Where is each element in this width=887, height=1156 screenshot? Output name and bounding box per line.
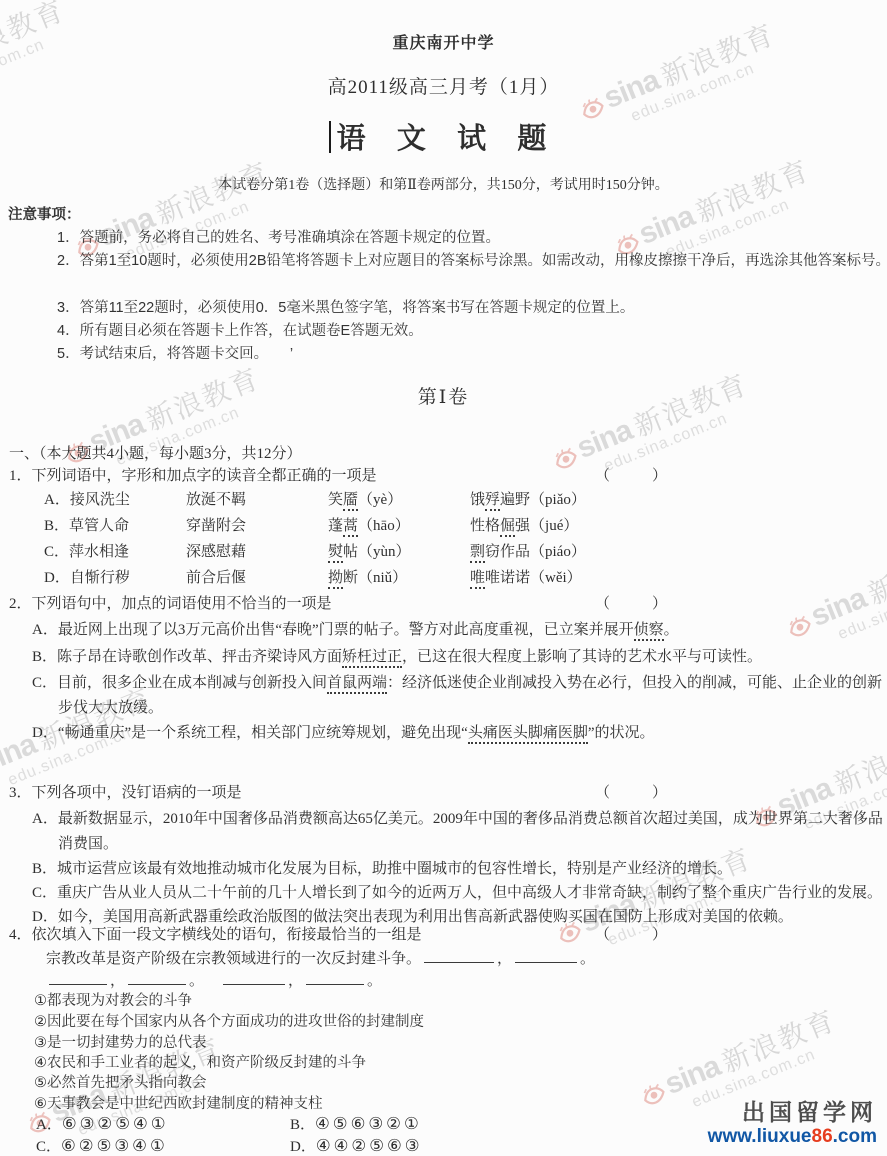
q2-stem: 2．下列语句中，加点的词语使用不恰当的一项是 （ ） xyxy=(9,592,875,613)
part-intro: 一、（本大题共4小题，每小题3分，共12分） xyxy=(9,442,875,463)
liuxue86-brand: 出国留学网 www.liuxue86.com xyxy=(708,1094,877,1148)
emphasized-char: 唯 xyxy=(470,570,485,589)
sina-watermark: sina 新浪教育 edu.sina.com.cn xyxy=(0,0,96,119)
choice-sequence: ⑥③②⑤④① xyxy=(62,1114,169,1133)
choice-label: D． xyxy=(290,1139,316,1155)
choice-sequence: ④④②⑤⑥③ xyxy=(316,1136,423,1155)
q4-item-6: ⑥天事教会是中世纪西欧封建制度的精神支柱 xyxy=(34,1092,323,1113)
q4-choice-a: A．⑥③②⑤④① xyxy=(36,1113,169,1134)
q4-paragraph-line2: ，。，。 xyxy=(46,969,875,990)
q1-option-row-a: A．接风洗尘 放涎不羁 笑靥（yè） 饿殍遍野（piǎo） xyxy=(0,488,887,510)
opt-pre: B．陈子昂在诗歌创作改革、抨击齐梁诗风方面 xyxy=(32,649,342,665)
option-cell: 笑靥（yè） xyxy=(328,488,402,509)
emphasized-char: 剽 xyxy=(470,544,485,563)
brand-url-prefix: www.liuxue xyxy=(708,1126,812,1147)
q2-option-b: B．陈子昂在诗歌创作改革、抨击齐梁诗风方面矫枉过正，已这在很大程度上影响了其诗的… xyxy=(32,645,875,666)
emphasized-char: 倔 xyxy=(500,518,515,537)
punct: ， xyxy=(497,951,512,967)
punct: 。 xyxy=(580,951,595,967)
answer-bracket: （ ） xyxy=(595,464,671,485)
q4-para-intro: 宗教改革是资产阶级在宗教领域进行的一次反封建斗争。 xyxy=(46,951,421,967)
notice-item-4: 4．所有题目必须在答题卡上作答，在试题卷E答题无效。 xyxy=(57,319,863,340)
cell-pre: 笑 xyxy=(328,492,343,508)
cell-pre: 蓬 xyxy=(328,518,343,534)
q4-stem: 4．依次填入下面一段文字横线处的语句，衔接最恰当的一组是 （ ） xyxy=(9,923,875,944)
q3-option-c: C．重庆广告从业人员从二十午前的几十人增长到了如今的近两万人，但中高级人才非常奇… xyxy=(32,881,875,902)
opt-pre: C．目前，很多企业在成本削减与创新投入间 xyxy=(32,675,327,691)
brand-url: www.liuxue86.com xyxy=(708,1127,877,1148)
emphasized-char: 蒿 xyxy=(343,518,358,537)
option-cell: 性格倔强（jué） xyxy=(470,514,578,535)
header-exam-title: 高2011级高三月考（1月） xyxy=(0,72,887,99)
cell-post: 强（jué） xyxy=(515,518,578,534)
option-cell: C．萍水相逢 xyxy=(44,540,129,561)
q3-stem: 3．下列各项中，没钉语病的一项是 （ ） xyxy=(9,781,875,802)
subject-title-text: 语 文 试 题 xyxy=(337,123,559,155)
watermark-row: sina 新浪教育 xyxy=(574,11,798,125)
q4-stem-text: 4．依次填入下面一段文字横线处的语句，衔接最恰当的一组是 xyxy=(9,927,422,943)
emphasized-word: 头痛医头脚痛医脚 xyxy=(468,725,588,744)
cell-post: （yè） xyxy=(358,492,402,508)
blank-line xyxy=(306,971,364,985)
sina-logo-icon xyxy=(638,1081,670,1111)
exam-paper-page: 重庆南开中学 高2011级高三月考（1月） 语 文 试 题 本试卷分第1卷（选择… xyxy=(0,0,887,1156)
blank-line xyxy=(223,971,285,985)
choice-label: C． xyxy=(36,1139,61,1155)
blank-line xyxy=(49,971,107,985)
answer-bracket: （ ） xyxy=(595,923,671,944)
q2-option-a: A．最近网上出现了以3万元高价出售“春晚”门票的帖子。警方对此高度重视，已立案并… xyxy=(32,618,875,639)
q1-stem: 1．下列词语中，字形和加点字的读音全都正确的一项是 （ ） xyxy=(9,464,875,485)
opt-post: ，已这在很大程度上影响了其诗的艺术水平与可读性。 xyxy=(402,649,762,665)
emphasized-word: 侦察 xyxy=(634,622,664,641)
punct: 。 xyxy=(367,973,382,989)
option-cell: 深感慰藉 xyxy=(186,540,246,561)
cell-post: 遍野（piǎo） xyxy=(500,492,586,508)
cell-post: 窃作品（piáo） xyxy=(485,544,586,560)
brand-url-number: 86 xyxy=(812,1126,833,1147)
notice-item-5: 5．考试结束后，将答题卡交回。 ’ xyxy=(57,342,863,363)
q3-option-b: B．城市运营应该最有效地推动城市化发展为目标，助推中圈城市的包容性增长，特别是产… xyxy=(32,857,875,878)
emphasized-char: 靥 xyxy=(343,492,358,511)
punct: 。 xyxy=(189,973,204,989)
cell-post: 唯诺诺（wěi） xyxy=(485,570,582,586)
emphasized-char: 殍 xyxy=(485,492,500,511)
q4-item-1: ①都表现为对教会的斗争 xyxy=(34,989,192,1010)
option-cell: 放涎不羁 xyxy=(186,488,246,509)
choice-sequence: ④⑤⑥③②① xyxy=(315,1114,422,1133)
q4-item-2: ②因此要在每个国家内从各个方面成功的进攻世俗的封建制度 xyxy=(34,1010,424,1031)
q4-paragraph-line1: 宗教改革是资产阶级在宗教领域进行的一次反封建斗争。，。 xyxy=(46,947,875,968)
blank-line xyxy=(128,971,186,985)
option-cell: 穿凿附会 xyxy=(186,514,246,535)
opt-post: ”的状况。 xyxy=(588,725,655,741)
q2-option-c: C．目前，很多企业在成本削减与创新投入间首鼠两端：经济低迷使企业削减投入势在必行… xyxy=(32,671,887,721)
q1-stem-text: 1．下列词语中，字形和加点字的读音全都正确的一项是 xyxy=(9,468,377,484)
q2-stem-text: 2．下列语句中，加点的词语使用不恰当的一项是 xyxy=(9,596,332,612)
blank-line xyxy=(424,949,494,963)
notice-item-3: 3．答第11至22题时，必须使用0．5毫米黑色签字笔，将答案书写在答题卡规定的位… xyxy=(57,296,863,317)
q4-item-3: ③是一切封建势力的总代表 xyxy=(34,1031,207,1052)
q4-item-5: ⑤必然首先把矛头指向教会 xyxy=(34,1071,207,1092)
header-school: 重庆南开中学 xyxy=(0,30,887,53)
option-cell: 前合后偃 xyxy=(186,566,246,587)
emphasized-word: 首鼠两端 xyxy=(327,675,387,694)
answer-bracket: （ ） xyxy=(595,781,671,802)
q4-choice-d: D．④④②⑤⑥③ xyxy=(290,1135,423,1156)
q4-choice-b: B．④⑤⑥③②① xyxy=(290,1113,422,1134)
cell-post: （hāo） xyxy=(358,518,410,534)
option-cell: 蓬蒿（hāo） xyxy=(328,514,410,535)
q2-option-d: D．“畅通重庆”是一个系统工程，相关部门应统筹规划，避免出现“头痛医头脚痛医脚”… xyxy=(32,721,875,742)
paper-subject-title: 语 文 试 题 xyxy=(0,116,887,157)
q1-option-row-b: B．草管人命 穿凿附会 蓬蒿（hāo） 性格倔强（jué） xyxy=(0,514,887,536)
blank-line xyxy=(515,949,577,963)
notice-item-2: 2．答第1至10题时，必须使用2B铅笔将答题卡上对应题目的答案标号涂黑。如需改动… xyxy=(57,249,887,273)
watermark-name: 新浪教育 xyxy=(718,1006,840,1077)
punct: ， xyxy=(288,973,303,989)
cursor-artifact-bar xyxy=(329,121,331,153)
option-cell: D．自惭行秽 xyxy=(44,566,130,587)
cell-pre: 性格 xyxy=(470,518,500,534)
option-cell: 拗断（niǔ） xyxy=(328,566,407,587)
opt-post: 。 xyxy=(664,622,679,638)
notices-title: 注意事项： xyxy=(8,203,875,224)
q1-option-row-c: C．萍水相逢 深感慰藉 熨帖（yùn） 剽窃作品（piáo） xyxy=(0,540,887,562)
emphasized-char: 熨 xyxy=(328,544,343,563)
punct: ， xyxy=(110,973,125,989)
brand-url-suffix: .com xyxy=(833,1126,877,1147)
choice-label: B． xyxy=(290,1117,315,1133)
q3-option-a: A．最新数据显示，2010年中国奢侈品消费额高达65亿美元。2009年中国的奢侈… xyxy=(32,807,887,857)
option-cell: 熨帖（yùn） xyxy=(328,540,411,561)
paper-info: 本试卷分第1卷（选择题）和第Ⅱ卷两部分，共150分，考试用时150分钟。 xyxy=(0,174,887,194)
notice-item-1: 1．答题前，务必将自己的姓名、考号准确填涂在答题卡规定的位置。 xyxy=(57,226,863,247)
opt-pre: D．“畅通重庆”是一个系统工程，相关部门应统筹规划，避免出现“ xyxy=(32,725,468,741)
brand-site-name: 出国留学网 xyxy=(708,1094,877,1127)
option-cell: B．草管人命 xyxy=(44,514,129,535)
choice-sequence: ⑥②⑤③④① xyxy=(61,1136,168,1155)
q4-choice-c: C．⑥②⑤③④① xyxy=(36,1135,168,1156)
cell-post: 断（niǔ） xyxy=(343,570,407,586)
cell-pre: 饿 xyxy=(470,492,485,508)
cell-post: 帖（yùn） xyxy=(343,544,411,560)
emphasized-char: 拗 xyxy=(328,570,343,589)
watermark-brand: sina xyxy=(661,1051,724,1100)
q3-stem-text: 3．下列各项中，没钉语病的一项是 xyxy=(9,785,242,801)
q1-option-row-d: D．自惭行秽 前合后偃 拗断（niǔ） 唯唯诺诺（wěi） xyxy=(0,566,887,588)
opt-pre: A．最近网上出现了以3万元高价出售“春晚”门票的帖子。警方对此高度重视，已立案并… xyxy=(32,622,634,638)
q4-item-4: ④农民和手工业者的起义，和资产阶级反封建的斗争 xyxy=(34,1051,366,1072)
answer-bracket: （ ） xyxy=(595,592,671,613)
option-cell: 唯唯诺诺（wěi） xyxy=(470,566,582,587)
emphasized-word: 矫枉过正 xyxy=(342,649,402,668)
option-cell: 剽窃作品（piáo） xyxy=(470,540,586,561)
choice-label: A． xyxy=(36,1117,62,1133)
section-title: 第Ⅰ卷 xyxy=(0,382,887,409)
option-cell: A．接风洗尘 xyxy=(44,488,130,509)
option-cell: 饿殍遍野（piǎo） xyxy=(470,488,586,509)
